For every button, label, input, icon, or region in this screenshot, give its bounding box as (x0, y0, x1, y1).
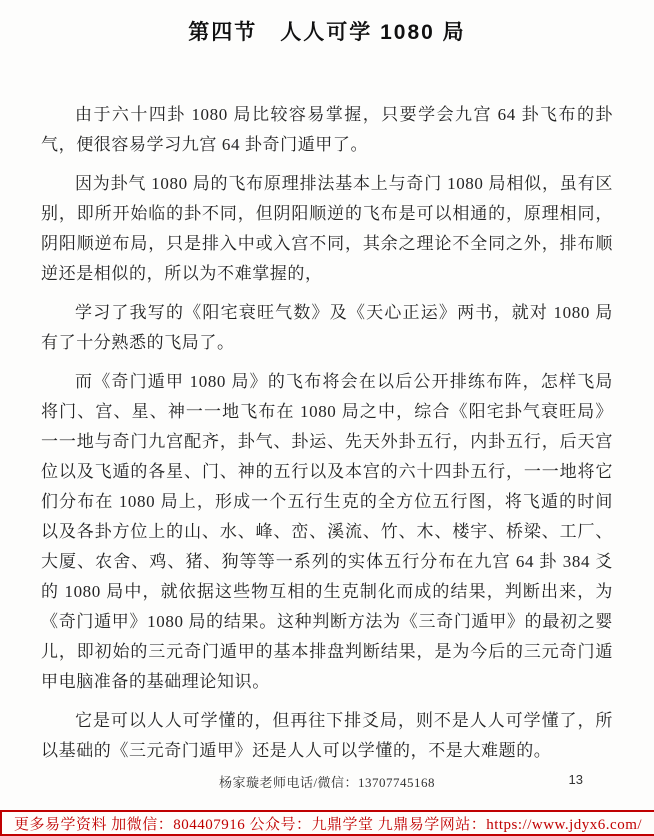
paragraph-4: 而《奇门遁甲 1080 局》的飞布将会在以后公开排练布阵，怎样飞局将门、宫、星、… (41, 367, 613, 697)
page-title: 第四节 人人可学 1080 局 (0, 0, 654, 46)
footer-contact: 杨家璇老师电话/微信：13707745168 (41, 772, 613, 791)
paragraph-2: 因为卦气 1080 局的飞布原理排法基本上与奇门 1080 局相似，虽有区别，即… (41, 169, 613, 289)
page-footer: 杨家璇老师电话/微信：13707745168 13 (41, 772, 613, 790)
paragraph-1: 由于六十四卦 1080 局比较容易掌握，只要学会九宫 64 卦飞布的卦气，便很容… (41, 100, 613, 160)
paragraph-5: 它是可以人人可学懂的，但再往下排爻局，则不是人人可学懂了，所以基础的《三元奇门遁… (41, 706, 613, 766)
body-text: 由于六十四卦 1080 局比较容易掌握，只要学会九宫 64 卦飞布的卦气，便很容… (41, 100, 613, 775)
page-number: 13 (569, 772, 583, 787)
paragraph-3: 学习了我写的《阳宅衰旺气数》及《天心正运》两书，就对 1080 局有了十分熟悉的… (41, 298, 613, 358)
document-page: 第四节 人人可学 1080 局 由于六十四卦 1080 局比较容易掌握，只要学会… (0, 0, 654, 836)
promo-banner: 更多易学资料 加微信：804407916 公众号：九鼎学堂 九鼎易学网站：htt… (0, 810, 654, 836)
promo-banner-text: 更多易学资料 加微信：804407916 公众号：九鼎学堂 九鼎易学网站：htt… (14, 813, 642, 834)
